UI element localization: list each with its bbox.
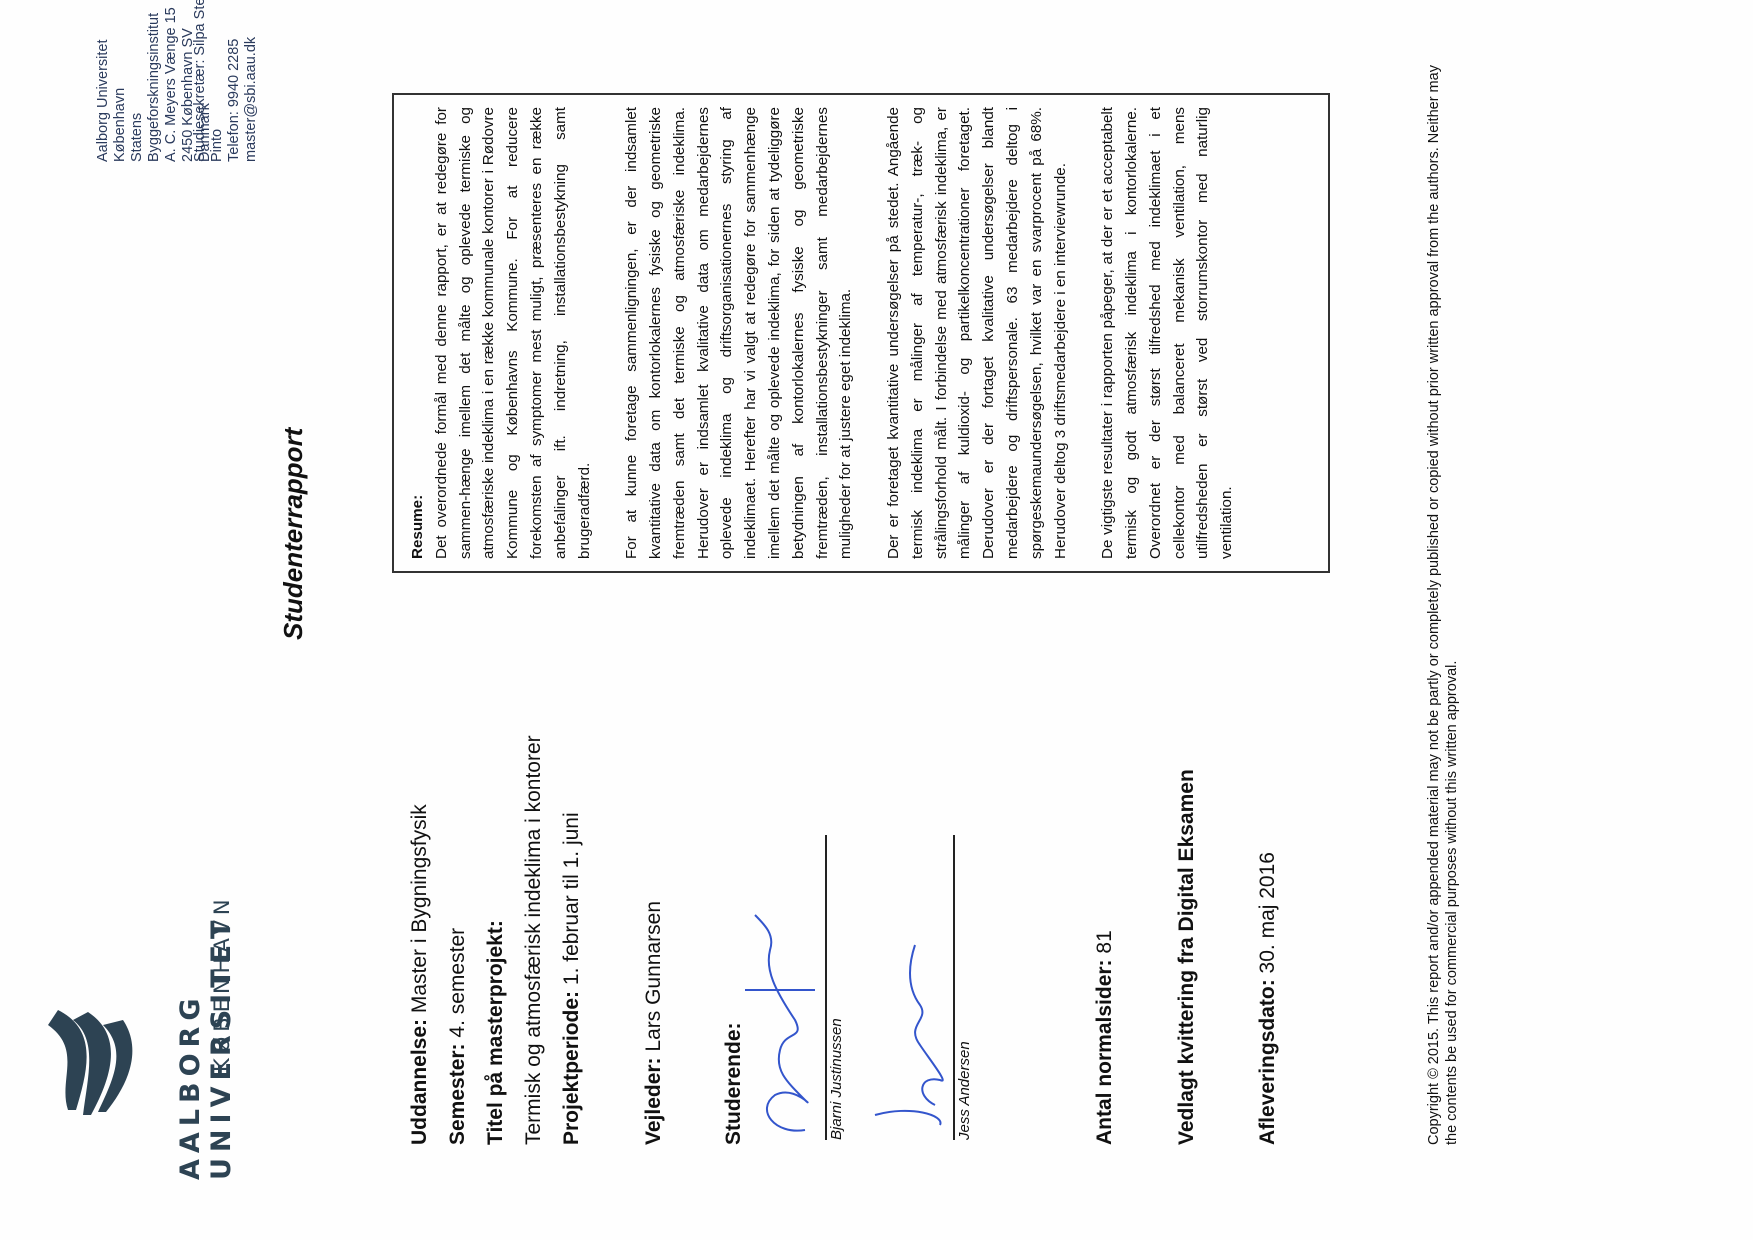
copyright-notice: Copyright © 2015. This report and/or app…: [1425, 65, 1461, 1145]
project-title-label-text: Titel på masterprojekt:: [484, 920, 507, 1145]
pages-label: Antal normalsider:: [1093, 959, 1116, 1145]
project-title-value: Termisk og atmosfærisk indeklima i konto…: [522, 585, 546, 1145]
submission-date-field: Afleveringsdato: 30. maj 2016: [1256, 585, 1280, 1145]
supervisor-field: Vejleder: Lars Gunnarsen: [642, 585, 666, 1145]
contact-block: Studiesekretær: Silpa Stella Rondón Pint…: [192, 0, 260, 162]
signature-line: [825, 835, 827, 1140]
address-line: Statens Byggeforskningsinstitut: [129, 0, 163, 162]
report-cover-page: AALBORG UNIVERSITET KØBENHAVN Aalborg Un…: [0, 0, 1753, 1240]
project-period-field: Projektperiode: 1. februar til 1. juni: [560, 585, 584, 1145]
student-name: Bjarni Justinussen: [828, 1018, 845, 1140]
address-line: Aalborg Universitet København: [95, 0, 129, 162]
semester-value: 4. semester: [446, 928, 469, 1038]
date-label: Afleveringsdato:: [1256, 979, 1279, 1145]
supervisor-label: Vejleder:: [642, 1057, 665, 1145]
abstract-box: Resume: Det overordnede formål med denne…: [392, 93, 1330, 573]
pages-field: Antal normalsider: 81: [1093, 585, 1117, 1145]
project-title-label: Titel på masterprojekt:: [484, 585, 508, 1145]
email-link[interactable]: master@sbi.aau.dk: [243, 0, 260, 162]
education-label: Uddannelse:: [408, 1019, 431, 1145]
education-value: Master i Bygningsfysik: [408, 804, 431, 1013]
supervisor-value: Lars Gunnarsen: [642, 901, 665, 1052]
signature-icon: [860, 935, 955, 1135]
abstract-paragraph: For at kunne foretage sammenligningen, e…: [620, 107, 858, 559]
university-campus: KØBENHAVN: [210, 772, 234, 1072]
aau-wave-logo-icon: [28, 1000, 138, 1120]
abstract-paragraph: Det overordnede formål med denne rapport…: [430, 107, 597, 559]
signature-line: [953, 835, 955, 1140]
date-value: 30. maj 2016: [1256, 852, 1279, 973]
abstract-paragraph: De vigtigste resultater i rapporten påpe…: [1096, 107, 1239, 559]
receipt-note: Vedlagt kvittering fra Digital Eksamen: [1175, 585, 1199, 1145]
student-name: Jess Andersen: [956, 1041, 973, 1140]
pages-value: 81: [1093, 930, 1116, 953]
receipt-label: Vedlagt kvittering fra Digital Eksamen: [1175, 769, 1198, 1145]
address-line: A. C. Meyers Vænge 15: [163, 0, 180, 162]
period-label: Projektperiode:: [560, 991, 583, 1145]
semester-label: Semester:: [446, 1043, 469, 1145]
period-value: 1. februar til 1. juni: [560, 812, 583, 985]
signature-icon: [735, 900, 830, 1140]
report-title: Studenterrapport: [278, 380, 309, 640]
abstract-paragraph: Der er foretaget kvantitative undersøgel…: [882, 107, 1072, 559]
semester-field: Semester: 4. semester: [446, 585, 470, 1145]
phone-line: Telefon: 9940 2285: [226, 0, 243, 162]
abstract-heading: Resume:: [406, 107, 430, 559]
education-field: Uddannelse: Master i Bygningsfysik: [408, 585, 432, 1145]
secretary-line: Studiesekretær: Silpa Stella Rondón Pint…: [192, 0, 226, 162]
